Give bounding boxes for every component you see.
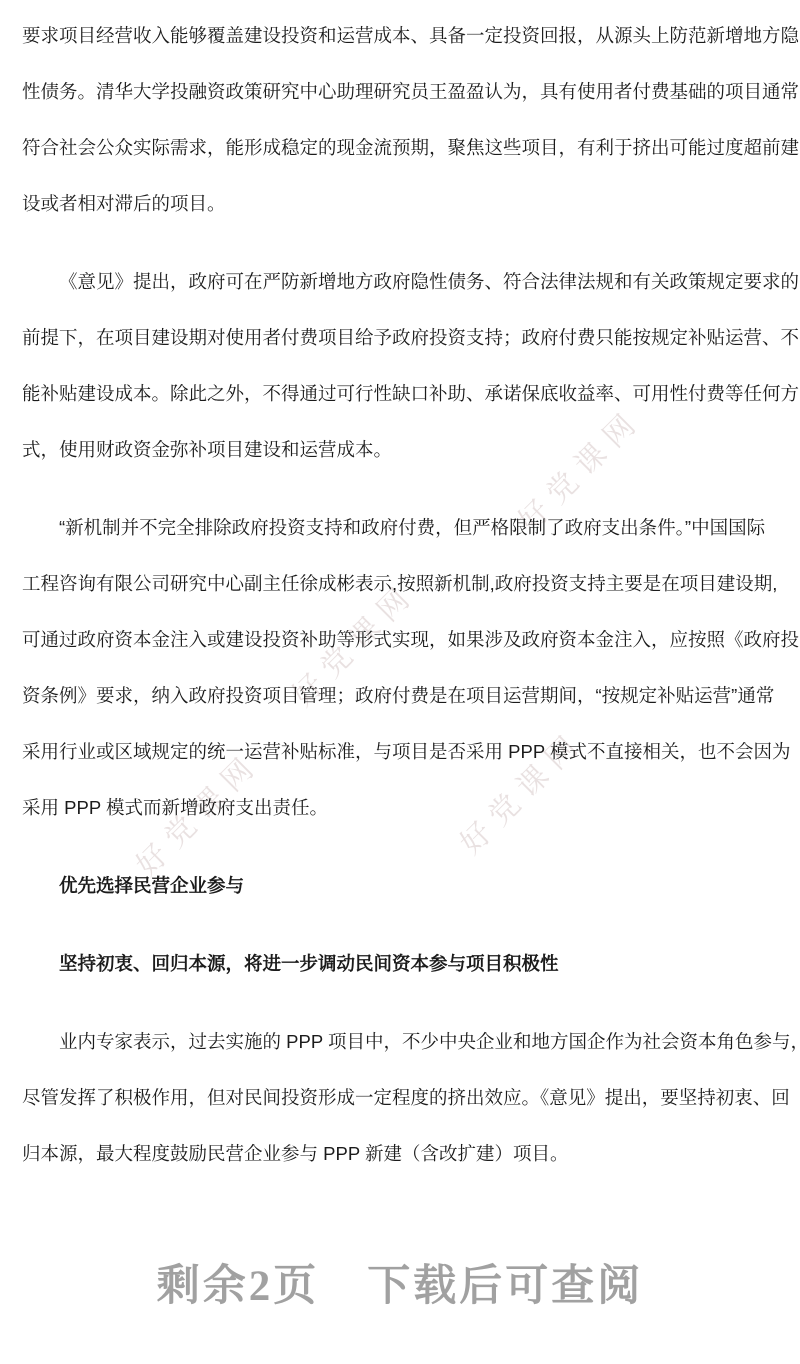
text-line: 式，使用财政资金弥补项目建设和运营成本。 [22, 422, 800, 478]
section-heading: 优先选择民营企业参与 [22, 858, 800, 914]
text-line: 坚持初衷、回归本源，将进一步调动民间资本参与项目积极性 [22, 936, 800, 992]
text-line: 归本源，最大程度鼓励民营企业参与 PPP 新建（含改扩建）项目。 [22, 1126, 800, 1182]
text-line: 资条例》要求，纳入政府投资项目管理；政府付费是在项目运营期间，“按规定补贴运营”… [22, 668, 800, 724]
paragraph: 《意见》提出，政府可在严防新增地方政府隐性债务、符合法律法规和有关政策规定要求的… [22, 254, 800, 478]
paragraph: 要求项目经营收入能够覆盖建设投资和运营成本、具备一定投资回报，从源头上防范新增地… [22, 8, 800, 232]
text-line: 前提下，在项目建设期对使用者付费项目给予政府投资支持；政府付费只能按规定补贴运营… [22, 310, 800, 366]
footer-download-hint: 下载后可查阅 [367, 1252, 643, 1313]
paragraph: 业内专家表示，过去实施的 PPP 项目中，不少中央企业和地方国企作为社会资本角色… [22, 1014, 800, 1182]
section-heading: 坚持初衷、回归本源，将进一步调动民间资本参与项目积极性 [22, 936, 800, 992]
document-page: 好党课网好党课网好党课网好党课网 要求项目经营收入能够覆盖建设投资和运营成本、具… [0, 0, 800, 1364]
text-line: 采用行业或区域规定的统一运营补贴标准，与项目是否采用 PPP 模式不直接相关，也… [22, 724, 800, 780]
text-line: 可通过政府资本金注入或建设投资补助等形式实现，如果涉及政府资本金注入，应按照《政… [22, 612, 800, 668]
text-line: 《意见》提出，政府可在严防新增地方政府隐性债务、符合法律法规和有关政策规定要求的 [22, 254, 800, 310]
text-line: 能补贴建设成本。除此之外，不得通过可行性缺口补助、承诺保底收益率、可用性付费等任… [22, 366, 800, 422]
text-line: 要求项目经营收入能够覆盖建设投资和运营成本、具备一定投资回报，从源头上防范新增地… [22, 8, 800, 64]
text-line: 采用 PPP 模式而新增政府支出责任。 [22, 780, 800, 836]
text-line: 设或者相对滞后的项目。 [22, 176, 800, 232]
text-line: 性债务。清华大学投融资政策研究中心助理研究员王盈盈认为，具有使用者付费基础的项目… [22, 64, 800, 120]
text-line: 符合社会公众实际需求，能形成稳定的现金流预期，聚焦这些项目，有利于挤出可能过度超… [22, 120, 800, 176]
footer-pages-remaining: 剩余2页 [157, 1252, 320, 1313]
text-line: “新机制并不完全排除政府投资支持和政府付费，但严格限制了政府支出条件。”中国国际 [22, 500, 800, 556]
text-line: 业内专家表示，过去实施的 PPP 项目中，不少中央企业和地方国企作为社会资本角色… [22, 1014, 800, 1070]
page-footer: 剩余2页 下载后可查阅 [0, 1252, 800, 1313]
text-line: 尽管发挥了积极作用，但对民间投资形成一定程度的挤出效应。《意见》提出，要坚持初衷… [22, 1070, 800, 1126]
text-line: 工程咨询有限公司研究中心副主任徐成彬表示,按照新机制,政府投资支持主要是在项目建… [22, 556, 800, 612]
paragraph: “新机制并不完全排除政府投资支持和政府付费，但严格限制了政府支出条件。”中国国际… [22, 500, 800, 836]
document-content: 要求项目经营收入能够覆盖建设投资和运营成本、具备一定投资回报，从源头上防范新增地… [22, 8, 800, 1204]
text-line: 优先选择民营企业参与 [22, 858, 800, 914]
